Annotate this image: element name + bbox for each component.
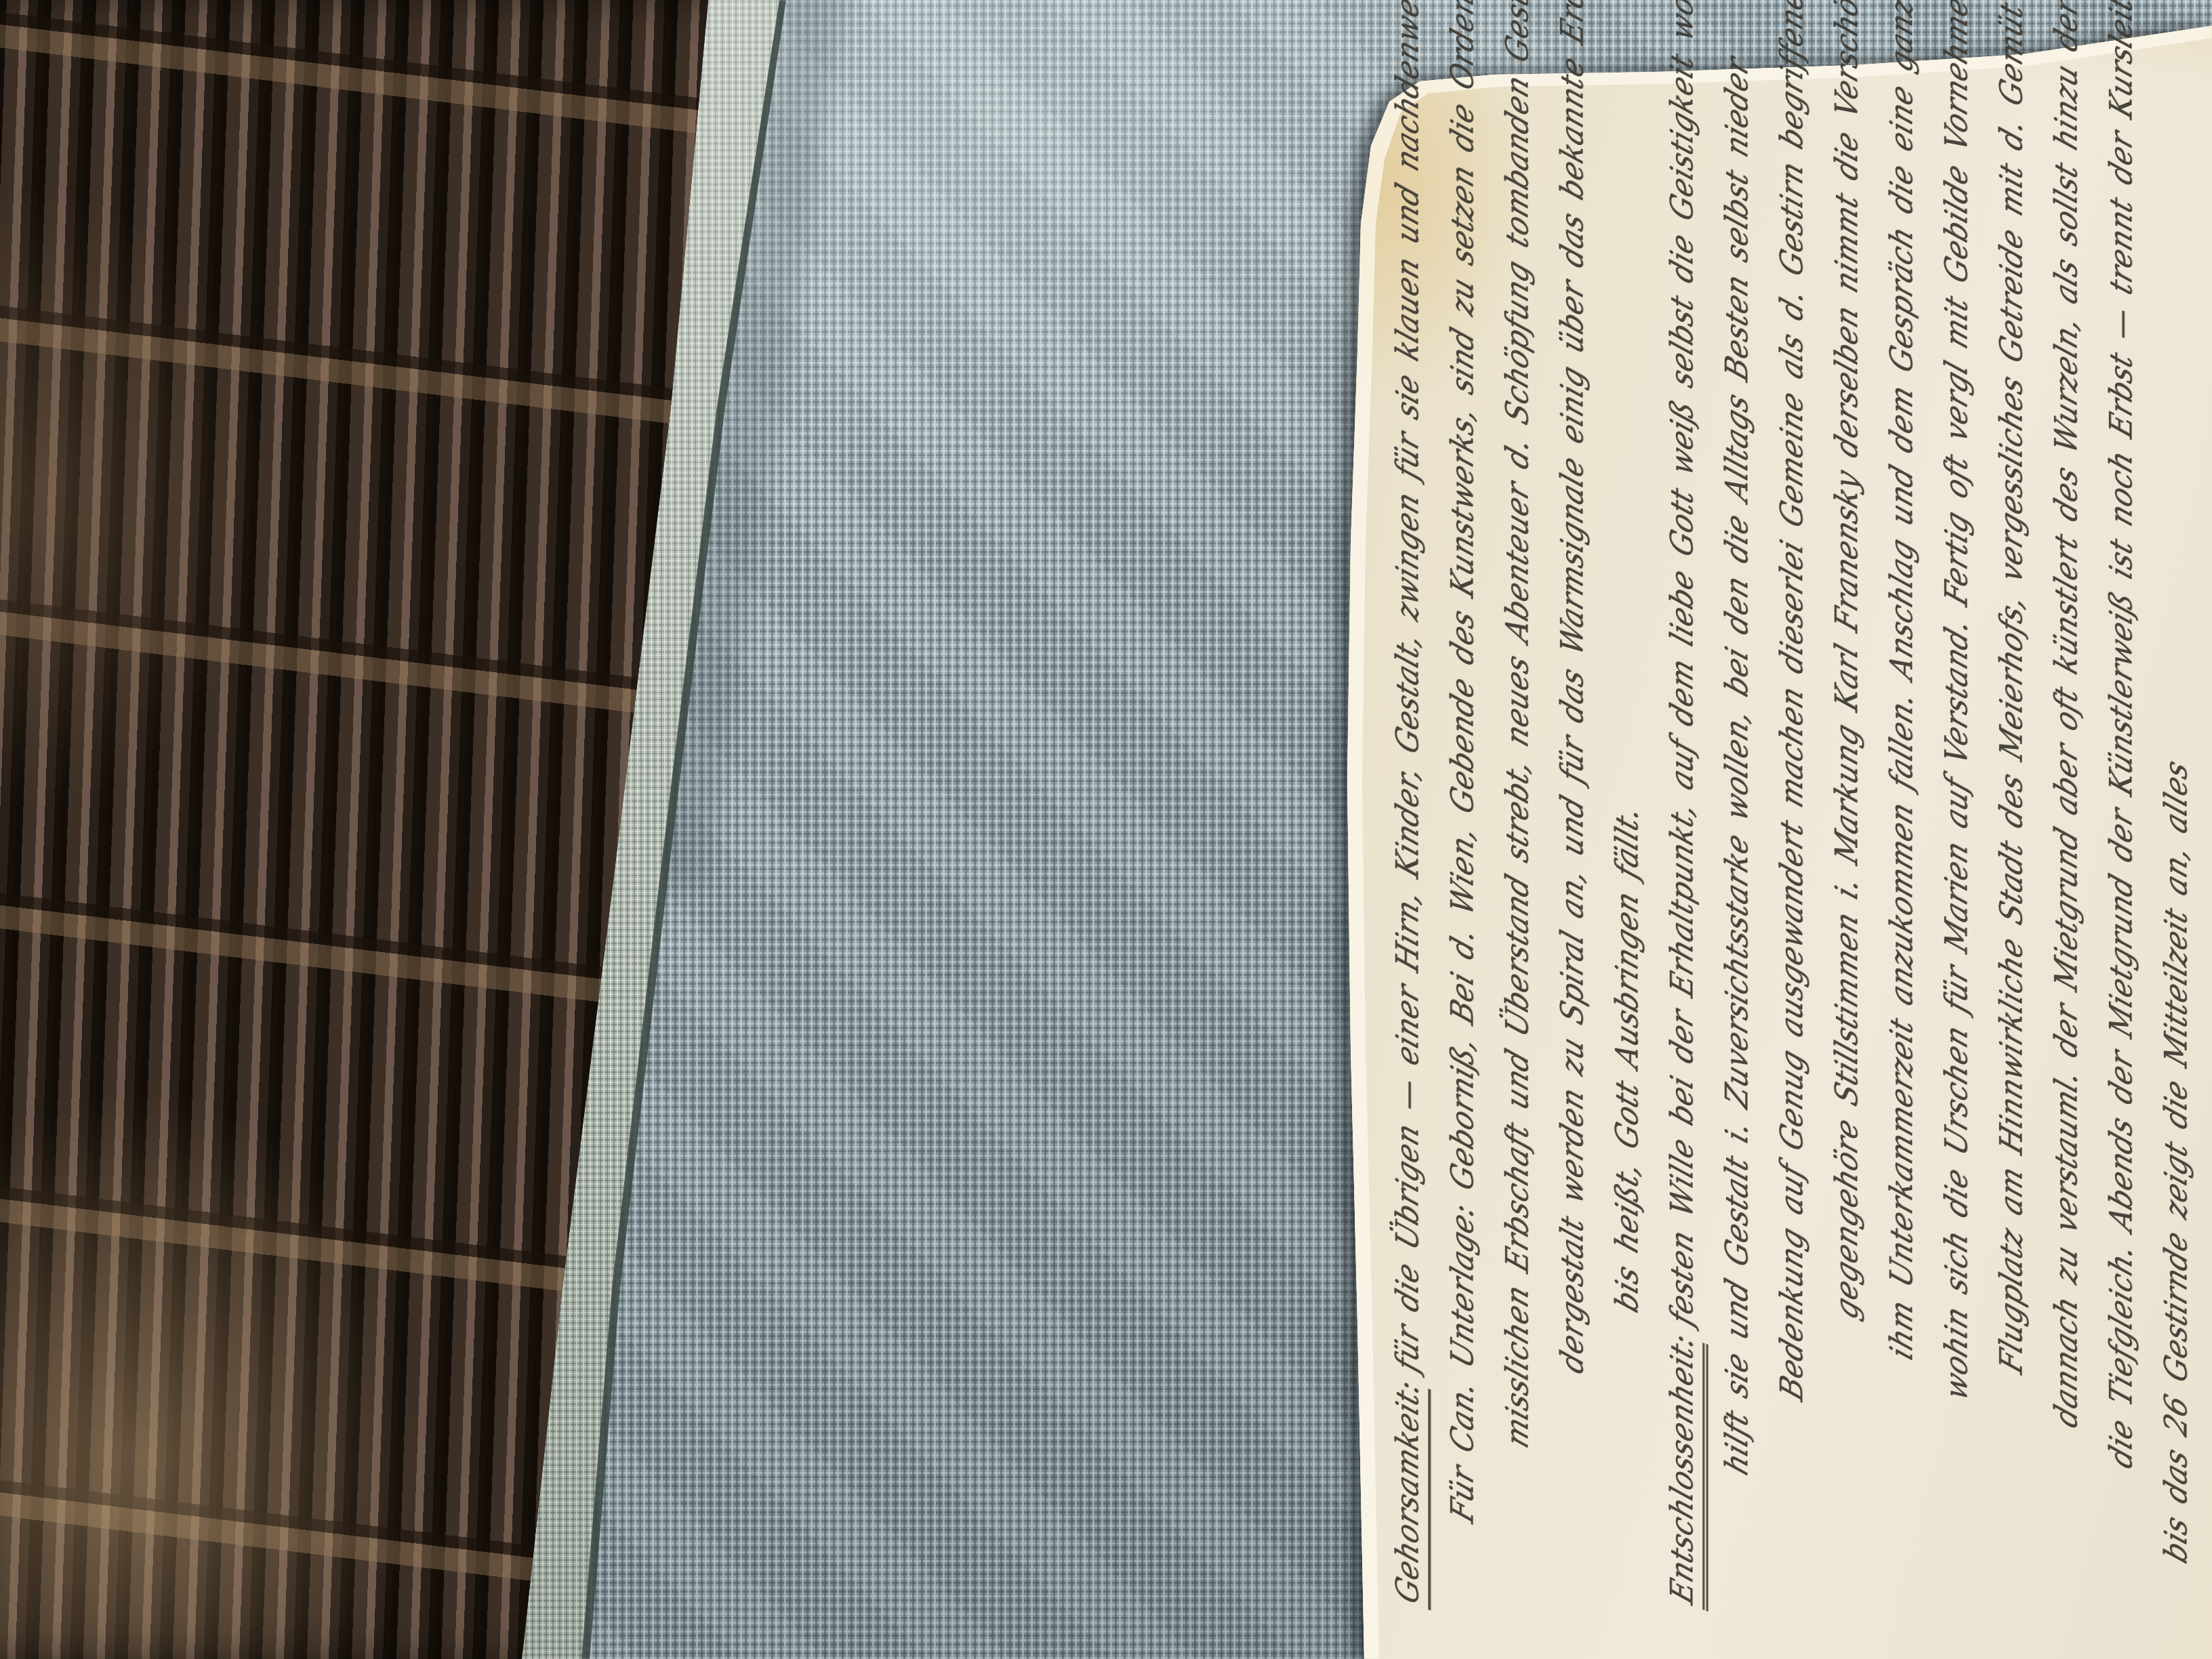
handwriting-line: bis heißt, Gott Ausbringen fällt.: [1599, 60, 1657, 1322]
handwriting-line: ihm Unterkammerzeit anzukommen fallen. A…: [1873, 60, 1931, 1369]
handwriting-line: bis das 26 Gestirnde zeigt die Mitteilze…: [2148, 60, 2206, 1572]
handwriting-text: für die Übrigen — einer Hirn, Kinder, Ge…: [1390, 0, 1426, 1377]
handwriting-text: bis das 26 Gestirnde zeigt die Mitteilze…: [2158, 755, 2194, 1568]
handwriting-text: bis heißt, Gott Ausbringen fällt.: [1610, 801, 1645, 1317]
handwriting-line: Gehorsamkeit:für die Übrigen — einer Hir…: [1379, 60, 1437, 1613]
handwriting-line: gegengehöre Stillstimmen i. Markung Karl…: [1818, 60, 1877, 1328]
handwriting-text: festen Wille bei der Erhaltpunkt, auf de…: [1664, 0, 1700, 1331]
handwriting-text: ihm Unterkammerzeit anzukommen fallen. A…: [1884, 0, 1920, 1365]
margin-heading-gehorsamkeit: Gehorsamkeit:: [1390, 1375, 1431, 1611]
handwriting-text: hilft sie und Gestalt i. Zuversichtsstar…: [1719, 52, 1755, 1479]
margin-heading-entschlossenheit: Entschlossenheit:: [1664, 1328, 1708, 1612]
handwriting-line: misslichen Erbschaft und Überstand streb…: [1489, 60, 1547, 1457]
handwriting-line: dannach zu verstauml. der Mietgrund aber…: [2038, 60, 2096, 1437]
handwriting-line: Entschlossenheit:festen Wille bei der Er…: [1654, 60, 1712, 1613]
handwriting-line: Für Can. Unterlage: Geborniß, Bei d. Wie…: [1434, 60, 1492, 1532]
handwriting-text: Flugplatz am Hinnwirkliche Stadt des Mei…: [1994, 0, 2030, 1378]
handwriting-text: wohin sich die Urschen für Marien auf Ve…: [1939, 0, 1975, 1406]
handwriting-text: Für Can. Unterlage: Geborniß, Bei d. Wie…: [1445, 0, 1481, 1528]
handwriting-text: gegengehöre Stillstimmen i. Markung Karl…: [1829, 0, 1865, 1324]
handwriting-text: dannach zu verstauml. der Mietgrund aber…: [2049, 0, 2085, 1433]
handwriting-line: hilft sie und Gestalt i. Zuversichtsstar…: [1708, 60, 1767, 1484]
handwriting-text: dergestalt werden zu Spiral an, und für …: [1555, 0, 1591, 1378]
handwriting-line: wohin sich die Urschen für Marien auf Ve…: [1928, 60, 1986, 1410]
handwriting-line: dergestalt werden zu Spiral an, und für …: [1544, 60, 1602, 1382]
photo-scene: Gehorsamkeit:für die Übrigen — einer Hir…: [0, 0, 2212, 1659]
handwriting-block: Gehorsamkeit:für die Übrigen — einer Hir…: [1382, 81, 2212, 1613]
handwriting-line: die Tiefgleich. Abends der Mietgrund der…: [2093, 60, 2151, 1477]
handwriting-line: Flugplatz am Hinnwirkliche Stadt des Mei…: [1983, 60, 2041, 1382]
handwriting-text: Bedenkung auf Genug ausgewandert machen …: [1774, 0, 1810, 1406]
handwriting-text: misslichen Erbschaft und Überstand streb…: [1500, 0, 1536, 1453]
handwriting-line: Bedenkung auf Genug ausgewandert machen …: [1763, 60, 1822, 1410]
handwriting-text: die Tiefgleich. Abends der Mietgrund der…: [2104, 0, 2139, 1473]
